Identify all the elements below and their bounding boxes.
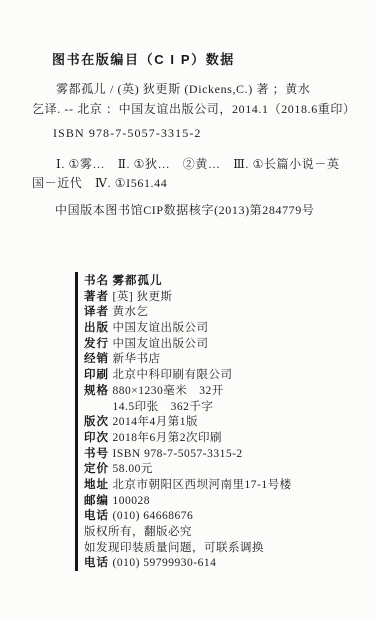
colophon-row: 著者 [英] 狄更斯 — [84, 289, 369, 305]
colophon-row: 地址 北京市朝阳区西坝河南里17-1号楼 — [84, 477, 369, 493]
colophon-row-label — [84, 399, 113, 415]
colophon-row: 邮编 100028 — [84, 493, 369, 509]
isbn-line: ISBN 978-7-5057-3315-2 — [53, 127, 202, 140]
colophon-row: 印刷 北京中科印刷有限公司 — [84, 367, 369, 383]
colophon-row-value: ISBN 978-7-5057-3315-2 — [113, 446, 243, 462]
colophon-row-value: 雾都孤儿 — [113, 273, 163, 289]
book-copyright-page: 图书在版编目（C I P）数据 雾都孤儿 / (英) 狄更斯 (Dickens,… — [0, 0, 375, 621]
colophon-row: 版次 2014年4月第1版 — [84, 414, 369, 430]
colophon-row-label: 规格 — [84, 383, 113, 399]
colophon-row-label: 电话 — [84, 508, 113, 524]
colophon-row-value: [英] 狄更斯 — [113, 289, 173, 305]
colophon-row-label: 印次 — [84, 430, 113, 446]
colophon-row-value: 中国友谊出版公司 — [113, 336, 209, 352]
cip-description-line1: 雾都孤儿 / (英) 狄更斯 (Dickens,C.) 著 ；黄水 — [56, 83, 310, 96]
colophon-row-value: 黄水乞 — [113, 304, 149, 320]
classification-line1: Ⅰ. ①雾… Ⅱ. ①狄… ②黄… Ⅲ. ①长篇小说－英 — [56, 158, 340, 171]
colophon-row: 出版 中国友谊出版公司 — [84, 320, 369, 336]
colophon-row: 14.5印张 362千字 — [84, 399, 369, 415]
colophon-row-label: 定价 — [84, 461, 113, 477]
colophon-row-label: 书号 — [84, 446, 113, 462]
cip-record-number: 中国版本图书馆CIP数据核字(2013)第284779号 — [55, 204, 314, 217]
colophon-row: 书号 ISBN 978-7-5057-3315-2 — [84, 446, 369, 462]
colophon-row-value: 版权所有，翻版必究 — [84, 524, 192, 540]
colophon-row-value: 新华书店 — [113, 351, 161, 367]
cip-description-line2: 乞译. -- 北京 ：中国友谊出版公司，2014.1（2018.6重印） — [32, 103, 356, 116]
colophon-row: 版权所有，翻版必究 — [84, 524, 369, 540]
colophon-row-value: (010) 59799930-614 — [113, 555, 217, 571]
colophon-row-value: 58.00元 — [113, 461, 153, 477]
colophon-row: 译者 黄水乞 — [84, 304, 369, 320]
colophon-left-rule — [75, 272, 78, 571]
colophon-row-label: 发行 — [84, 336, 113, 352]
colophon-row-value: 北京市朝阳区西坝河南里17-1号楼 — [113, 477, 292, 493]
colophon-row: 规格 880×1230毫米 32开 — [84, 383, 369, 399]
colophon-row-label: 版次 — [84, 414, 113, 430]
cip-heading: 图书在版编目（C I P）数据 — [52, 49, 235, 68]
colophon-row-label: 译者 — [84, 304, 113, 320]
colophon-row-value: 如发现印装质量问题，可联系调换 — [84, 540, 264, 556]
colophon-row-label: 著者 — [84, 289, 113, 305]
colophon-row: 印次 2018年6月第2次印刷 — [84, 430, 369, 446]
colophon-row-label: 出版 — [84, 320, 113, 336]
colophon-row: 书名 雾都孤儿 — [84, 273, 369, 289]
colophon-row-label: 经销 — [84, 351, 113, 367]
colophon-row-label: 邮编 — [84, 493, 113, 509]
colophon-row-value: 880×1230毫米 32开 — [113, 383, 224, 399]
colophon-row-value: 2014年4月第1版 — [113, 414, 199, 430]
colophon-row-label: 印刷 — [84, 367, 113, 383]
colophon-row-value: 14.5印张 362千字 — [113, 399, 214, 415]
colophon-row: 经销 新华书店 — [84, 351, 369, 367]
colophon-row-value: 100028 — [113, 493, 151, 509]
colophon-row-label: 书名 — [84, 273, 113, 289]
colophon-row: 电话 (010) 59799930-614 — [84, 555, 369, 571]
colophon-row-value: 北京中科印刷有限公司 — [113, 367, 233, 383]
colophon-row-value: 中国友谊出版公司 — [113, 320, 209, 336]
colophon-row-value: 2018年6月第2次印刷 — [113, 430, 223, 446]
colophon-row-value: (010) 64668676 — [113, 508, 194, 524]
classification-line2: 国－近代 Ⅳ. ①I561.44 — [32, 177, 167, 190]
colophon-row: 电话 (010) 64668676 — [84, 508, 369, 524]
colophon-row: 如发现印装质量问题，可联系调换 — [84, 540, 369, 556]
colophon-row: 定价 58.00元 — [84, 461, 369, 477]
colophon-row: 发行 中国友谊出版公司 — [84, 336, 369, 352]
colophon-row-label: 电话 — [84, 555, 113, 571]
colophon-table: 书名 雾都孤儿 著者 [英] 狄更斯 译者 黄水乞 出版 中国友谊出版公司 发行… — [84, 273, 369, 571]
colophon-row-label: 地址 — [84, 477, 113, 493]
